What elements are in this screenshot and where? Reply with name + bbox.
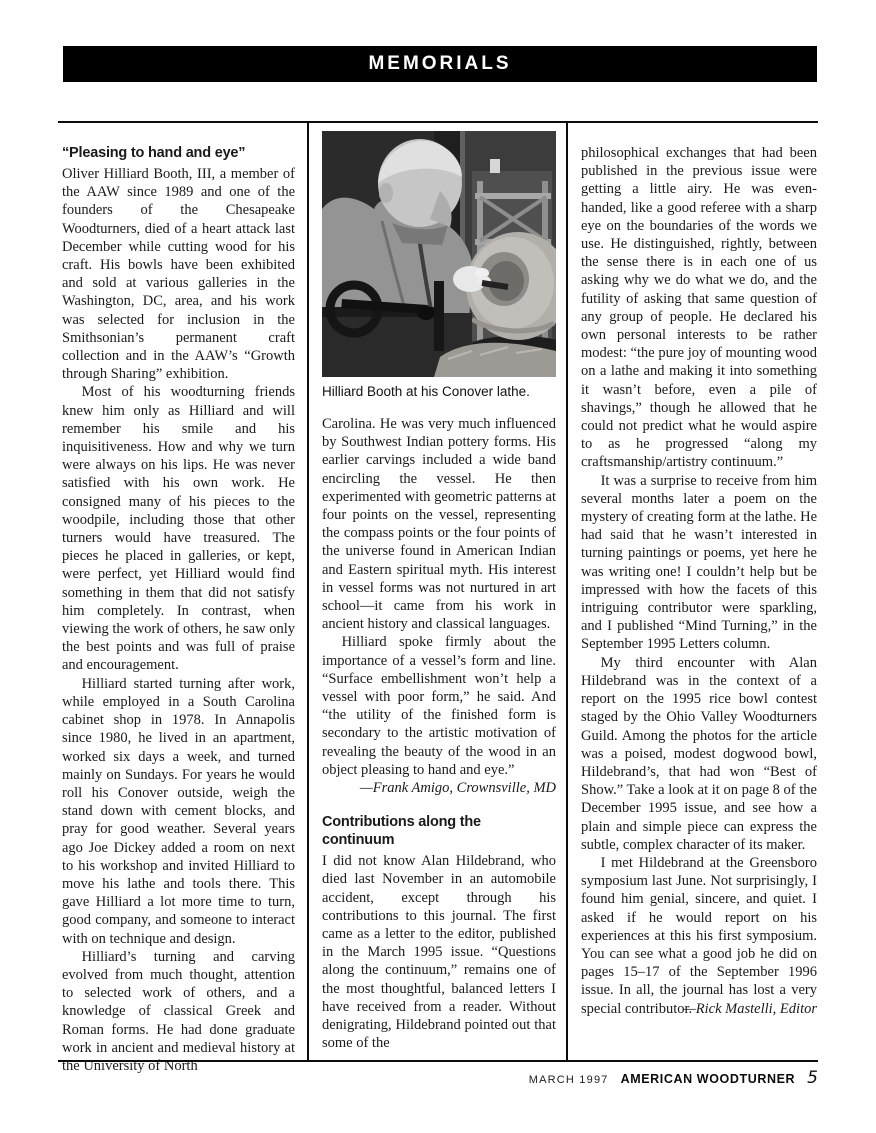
paragraph: Hilliard spoke firmly about the importan… bbox=[322, 633, 556, 779]
column-divider-2 bbox=[566, 123, 568, 1060]
paragraph: My third encounter with Alan Hildebrand … bbox=[581, 654, 817, 854]
byline-frank-amigo: —Frank Amigo, Crownsville, MD bbox=[322, 779, 556, 797]
masthead-title: MEMORIALS bbox=[368, 53, 511, 75]
column-1: “Pleasing to hand and eye” Oliver Hillia… bbox=[62, 123, 295, 1081]
magazine-page: MEMORIALS “Pleasing to hand and eye” Oli… bbox=[0, 0, 876, 1133]
paragraph: Carolina. He was very much influenced by… bbox=[322, 415, 556, 633]
bottom-rule bbox=[58, 1060, 818, 1062]
paragraph: Hilliard started turning after work, whi… bbox=[62, 675, 295, 948]
paragraph: philosophical exchanges that had been pu… bbox=[581, 144, 817, 472]
masthead-bar: MEMORIALS bbox=[63, 46, 817, 82]
paragraph: I did not know Alan Hildebrand, who died… bbox=[322, 852, 556, 1052]
paragraph: Hilliard’s turning and carving evolved f… bbox=[62, 948, 295, 1075]
footer-issue-date: MARCH 1997 bbox=[529, 1074, 609, 1086]
column-divider-1 bbox=[307, 123, 309, 1060]
column-2: Hilliard Booth at his Conover lathe. Car… bbox=[322, 123, 556, 1060]
paragraph: I met Hildebrand at the Greensboro sympo… bbox=[581, 854, 817, 1018]
memorial-booth-heading: “Pleasing to hand and eye” bbox=[62, 144, 295, 162]
footer-journal-title: AMERICAN WOODTURNER bbox=[621, 1072, 796, 1086]
footer-page-number: 5 bbox=[807, 1068, 818, 1088]
paragraph: Oliver Hilliard Booth, III, a member of … bbox=[62, 165, 295, 383]
paragraph: Most of his woodturning friends knew him… bbox=[62, 383, 295, 674]
lathe-photo-illustration bbox=[322, 131, 556, 377]
photo-caption: Hilliard Booth at his Conover lathe. bbox=[322, 384, 556, 400]
lathe-photo bbox=[322, 131, 556, 377]
page-footer: MARCH 1997 AMERICAN WOODTURNER 5 bbox=[58, 1068, 818, 1088]
paragraph: It was a surprise to receive from him se… bbox=[581, 472, 817, 654]
memorial-hildebrand-heading: Contributions along the continuum bbox=[322, 813, 556, 849]
photo-figure: Hilliard Booth at his Conover lathe. bbox=[322, 131, 556, 400]
column-3: philosophical exchanges that had been pu… bbox=[581, 123, 817, 1081]
